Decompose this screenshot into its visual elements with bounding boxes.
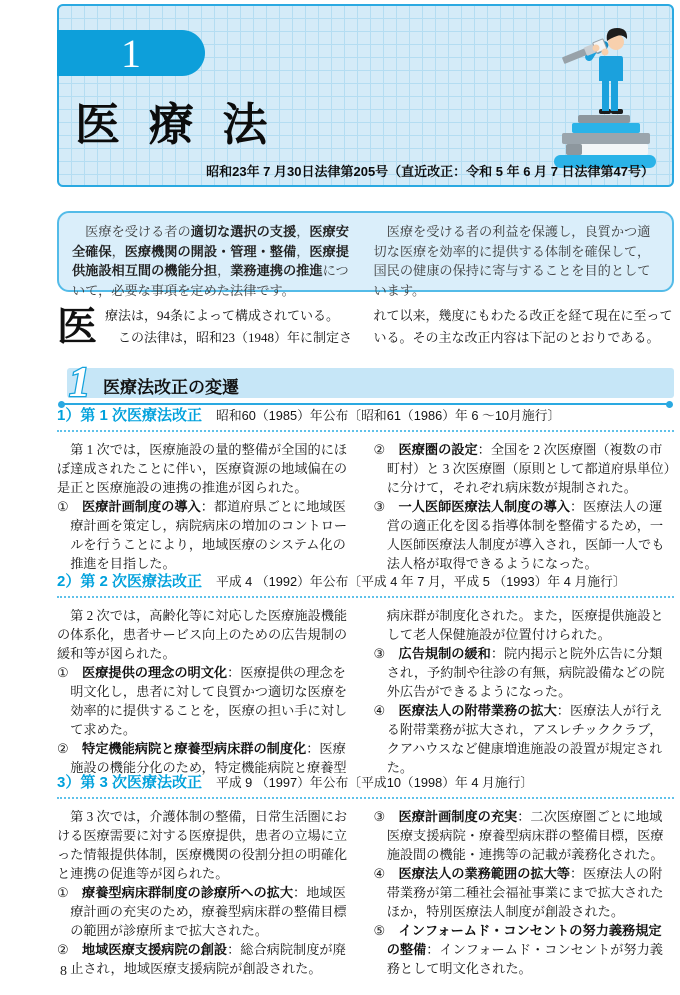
lead-paragraph: 医 療法は，94条によって構成されている。 この法律は，昭和23（1948）年に… — [57, 305, 674, 349]
subsection-1-right-column: ② 医療圏の設定：全国を 2 次医療圏（複数の市町村）と 3 次医療圏（原則とし… — [374, 440, 675, 573]
subsection-1-heading: 1）第 1 次医療法改正 昭和60（1985）年公布〔昭和61（1986）年 6… — [57, 404, 674, 432]
subsection-2-left-column: 第 2 次では，高齢化等に対応した医療施設機能の体系化，患者サービス向上のための… — [57, 606, 358, 777]
subsection-2: 2）第 2 次医療法改正 平成 4 （1992）年公布〔平成 4 年 7 月，平… — [57, 570, 674, 777]
subsection-1-left-column: 第 1 次では，医療施設の量的整備が全国的にほぼ達成されたことに伴い，医療資源の… — [57, 440, 358, 573]
subsection-3-note: 平成 9 （1997）年公布〔平成10（1998）年 4 月施行〕 — [216, 772, 533, 791]
text-block: ⑤ インフォームド・コンセントの努力義務規定の整備：インフォームド・コンセントが… — [374, 921, 675, 978]
text-block: ① 療養型病床群制度の診療所への拡大：地域医療計画の充実のため，療養型病床群の整… — [57, 883, 358, 940]
section-title: 医療法改正の変遷 — [103, 373, 239, 398]
lead-right-column: れて以来，幾度にもわたる改正を経て現在に至っている。その主な改正内容は下記のとお… — [374, 305, 675, 349]
section-number-icon: 1 — [59, 356, 99, 406]
intro-right-text: 医療を受ける者の利益を保護し，良質かつ適切な医療を効率的に提供する体制を確保して… — [374, 222, 660, 281]
subsection-2-note: 平成 4 （1992）年公布〔平成 4 年 7 月，平成 5 （1993）年 4… — [216, 571, 626, 590]
subsection-3-heading: 3）第 3 次医療法改正 平成 9 （1997）年公布〔平成10（1998）年 … — [57, 771, 674, 799]
subsection-3-title: 3）第 3 次医療法改正 — [57, 771, 202, 792]
intro-summary-box: 医療を受ける者の適切な選択の支援，医療安全確保，医療機関の開設・管理・整備，医療… — [57, 211, 674, 292]
chapter-title: 医 療 法 — [75, 88, 276, 153]
text-block: 病床群が制度化された。また，医療提供施設として老人保健施設が位置付けられた。 — [374, 606, 675, 644]
text-block: ② 医療圏の設定：全国を 2 次医療圏（複数の市町村）と 3 次医療圏（原則とし… — [374, 440, 675, 497]
subsection-2-right-column: 病床群が制度化された。また，医療提供施設として老人保健施設が位置付けられた。③ … — [374, 606, 675, 777]
section-heading: 1 医療法改正の変遷 — [57, 362, 674, 406]
text-block: 第 2 次では，高齢化等に対応した医療施設機能の体系化，患者サービス向上のための… — [57, 606, 358, 663]
text-block: ④ 医療法人の業務範囲の拡大等：医療法人の附帯業務が第二種社会福祉事業にまで拡大… — [374, 864, 675, 921]
subsection-3-left-column: 第 3 次では，介護体制の整備，日常生活圏における医療需要に対する医療提供，患者… — [57, 807, 358, 978]
lead-left-text: 療法は，94条によって構成されている。 この法律は，昭和23（1948）年に制定… — [105, 308, 352, 345]
text-block: ③ 広告規制の緩和：院内掲示と院外広告に分類され，予約制や往診の有無，病院設備な… — [374, 644, 675, 701]
subsection-2-heading: 2）第 2 次医療法改正 平成 4 （1992）年公布〔平成 4 年 7 月，平… — [57, 570, 674, 598]
text-block: 第 3 次では，介護体制の整備，日常生活圏における医療需要に対する医療提供，患者… — [57, 807, 358, 883]
lead-left-column: 医 療法は，94条によって構成されている。 この法律は，昭和23（1948）年に… — [57, 305, 358, 349]
text-block: ② 地域医療支援病院の創設：総合病院制度が廃止され，地域医療支援病院が創設された… — [57, 940, 358, 978]
textbook-page: { "header": { "chapter_number": "1", "ti… — [0, 0, 680, 995]
telescope-person-illustration — [544, 18, 666, 170]
text-block: ① 医療提供の理念の明文化：医療提供の理念を明文化し，患者に対して良質かつ適切な… — [57, 663, 358, 739]
text-block: ③ 一人医師医療法人制度の導入：医療法人の運営の適正化を図る指導体制を整備するた… — [374, 497, 675, 573]
text-block: 第 1 次では，医療施設の量的整備が全国的にほぼ達成されたことに伴い，医療資源の… — [57, 440, 358, 497]
subsection-1-body: 第 1 次では，医療施設の量的整備が全国的にほぼ達成されたことに伴い，医療資源の… — [57, 440, 674, 573]
subsection-1: 1）第 1 次医療法改正 昭和60（1985）年公布〔昭和61（1986）年 6… — [57, 404, 674, 573]
subsection-1-title: 1）第 1 次医療法改正 — [57, 404, 202, 425]
text-block: ④ 医療法人の附帯業務の拡大：医療法人が行える附帯業務が拡大され，アスレチックク… — [374, 701, 675, 777]
subsection-2-body: 第 2 次では，高齢化等に対応した医療施設機能の体系化，患者サービス向上のための… — [57, 606, 674, 777]
subsection-3-right-column: ③ 医療計画制度の充実：二次医療圏ごとに地域医療支援病院・療養型病床群の整備目標… — [374, 807, 675, 978]
intro-left-text: 医療を受ける者の適切な選択の支援，医療安全確保，医療機関の開設・管理・整備，医療… — [72, 222, 358, 281]
subsection-1-note: 昭和60（1985）年公布〔昭和61（1986）年 6 ～10月施行〕 — [216, 405, 560, 424]
text-block: ① 医療計画制度の導入：都道府県ごとに地域医療計画を策定し，病院病床の増加のコン… — [57, 497, 358, 573]
page-number: 8 — [60, 964, 67, 980]
chapter-subtitle: 昭和23年 7 月30日法律第205号（直近改正：令和 5 年 6 月 7 日法… — [206, 161, 654, 180]
dropcap: 医 — [57, 307, 97, 347]
subsection-3-body: 第 3 次では，介護体制の整備，日常生活圏における医療需要に対する医療提供，患者… — [57, 807, 674, 978]
chapter-number: 1 — [121, 30, 141, 77]
subsection-3: 3）第 3 次医療法改正 平成 9 （1997）年公布〔平成10（1998）年 … — [57, 771, 674, 978]
subsection-2-title: 2）第 2 次医療法改正 — [57, 570, 202, 591]
chapter-number-tab: 1 — [57, 30, 205, 76]
lead-right-text: れて以来，幾度にもわたる改正を経て現在に至っている。その主な改正内容は下記のとお… — [374, 308, 673, 345]
chapter-header: 1 医 療 法 昭和23年 7 月30日法律第205号（直近改正：令和 5 年 … — [57, 4, 674, 187]
text-block: ③ 医療計画制度の充実：二次医療圏ごとに地域医療支援病院・療養型病床群の整備目標… — [374, 807, 675, 864]
svg-text:1: 1 — [69, 360, 90, 406]
